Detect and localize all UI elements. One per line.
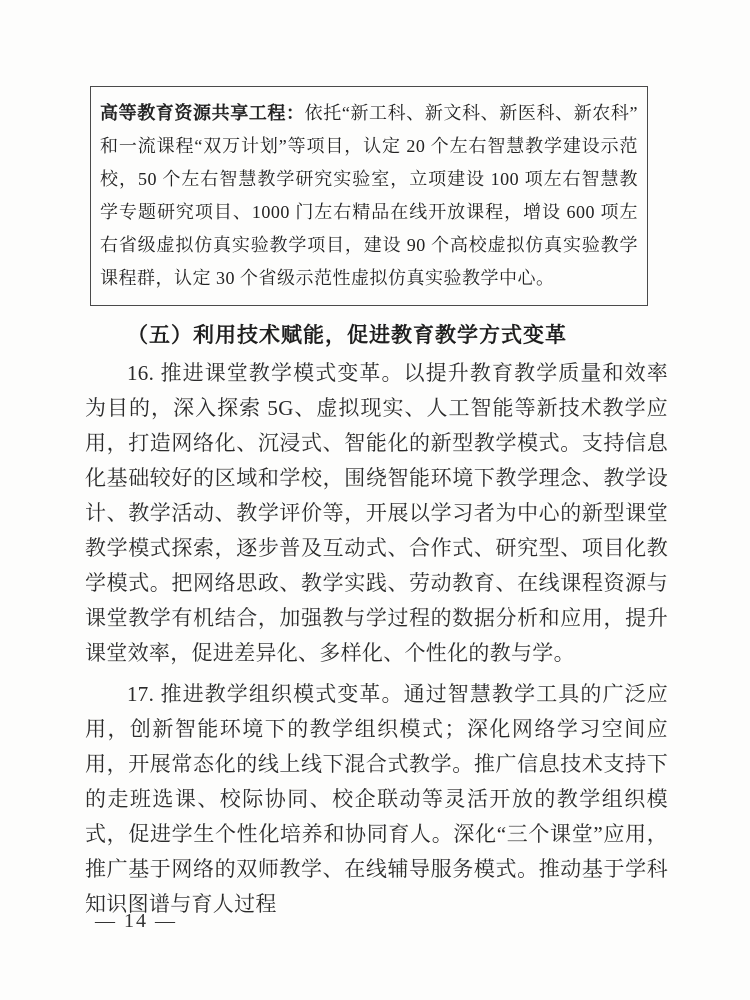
callout-body-text: 依托“新工科、新文科、新医科、新农科”和一流课程“双万计划”等项目，认定 20 …	[100, 103, 638, 288]
callout-box: 高等教育资源共享工程：依托“新工科、新文科、新医科、新农科”和一流课程“双万计划…	[90, 86, 648, 306]
section-heading: （五）利用技术赋能，促进教育教学方式变革	[85, 320, 668, 350]
paragraph-17: 17. 推进教学组织模式变革。通过智慧教学工具的广泛应用，创新智能环境下的教学组…	[85, 677, 668, 922]
document-page: 高等教育资源共享工程：依托“新工科、新文科、新医科、新农科”和一流课程“双万计划…	[0, 0, 750, 1000]
callout-title: 高等教育资源共享工程：	[100, 103, 305, 123]
paragraph-16: 16. 推进课堂教学模式变革。以提升教育教学质量和效率为目的，深入探索 5G、虚…	[85, 356, 668, 671]
page-number: — 14 —	[95, 910, 177, 933]
